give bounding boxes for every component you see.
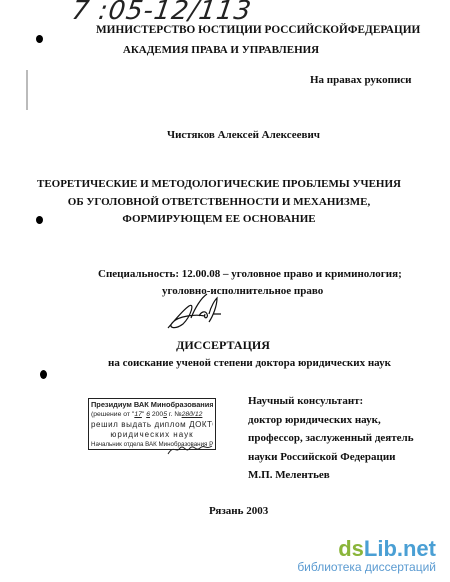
city-year: Рязань 2003 [209,505,268,518]
scan-blot-mark [40,370,47,379]
stamp-line: решил выдать диплом ДОКТОРА [91,420,213,430]
logo-part-ds: ds [338,536,364,561]
stamp-signature-icon [166,442,216,456]
consultant-line: профессор, заслуженный деятель [248,429,414,448]
stamp-line: Президиум ВАК Минобразования России [91,400,213,410]
rights-note: На правах рукописи [310,74,412,87]
dslib-watermark[interactable]: dsLib.net библиотека диссертаций [297,538,436,574]
consultant-name: М.П. Мелентьев [248,466,414,485]
handwritten-archive-code: 7 :05-12/113 [70,0,254,26]
scientific-consultant: Научный консультант: доктор юридических … [248,392,414,485]
dissertation-title: ТЕОРЕТИЧЕСКИЕ И МЕТОДОЛОГИЧЕСКИЕ ПРОБЛЕМ… [0,176,444,229]
academy-heading: АКАДЕМИЯ ПРАВА И УПРАВЛЕНИЯ [0,44,446,57]
ministry-heading: МИНИСТЕРСТВО ЮСТИЦИИ РОССИЙСКОЙФЕДЕРАЦИИ [96,24,420,37]
consultant-heading: Научный консультант: [248,392,414,411]
signature-icon [165,292,235,332]
document-type: ДИССЕРТАЦИЯ [0,338,448,353]
stamp-line: юридических наук [91,430,213,440]
dslib-logo[interactable]: dsLib.net [297,538,436,560]
stamp-decision-line: (решение от "17" 6 2005 г. №28д/12 [91,410,213,420]
author-name: Чистяков Алексей Алексеевич [167,129,320,142]
scan-blot-mark [36,35,43,43]
specialty-line: Специальность: 12.00.08 – уголовное прав… [98,268,402,281]
dslib-subtitle: библиотека диссертаций [297,560,436,574]
logo-part-lib: Lib.net [364,536,436,561]
consultant-line: доктор юридических наук, [248,411,414,430]
title-line: ФОРМИРУЮЩЕМ ЕЕ ОСНОВАНИЕ [0,211,444,229]
degree-line: на соискание ученой степени доктора юрид… [108,357,391,370]
scan-edge-line [26,70,28,110]
title-line: ОБ УГОЛОВНОЙ ОТВЕТСТВЕННОСТИ И МЕХАНИЗМЕ… [0,194,444,212]
title-line: ТЕОРЕТИЧЕСКИЕ И МЕТОДОЛОГИЧЕСКИЕ ПРОБЛЕМ… [0,176,444,194]
consultant-line: науки Российской Федерации [248,448,414,467]
